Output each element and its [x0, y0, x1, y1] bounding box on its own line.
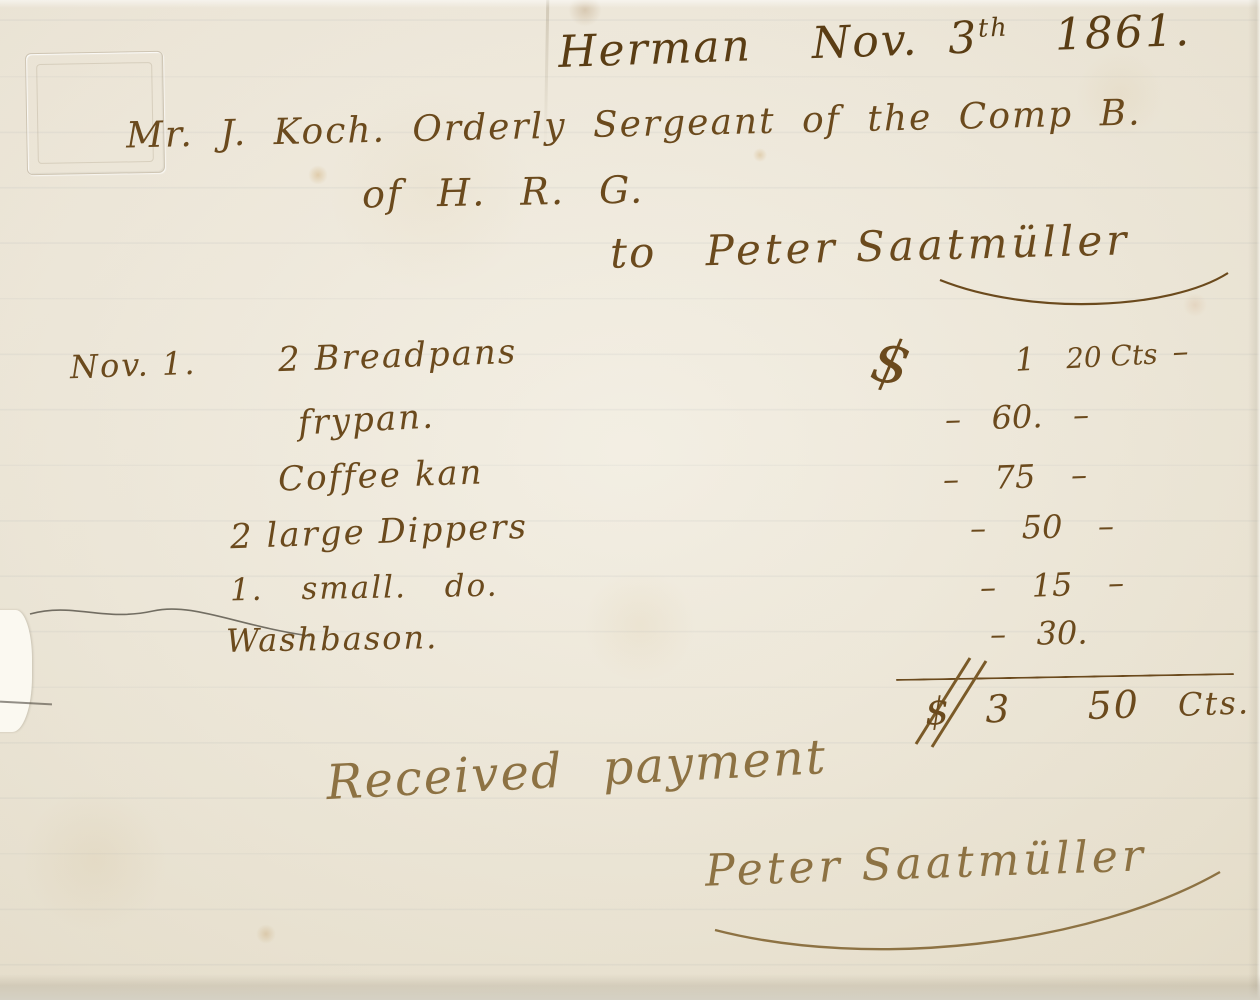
total-currency: $ [924, 689, 952, 734]
price-dash-left [939, 373, 985, 375]
to-word: to [609, 228, 656, 278]
price-dash-right: – [1057, 395, 1104, 435]
embossed-seal [25, 51, 165, 175]
price-dash-left: – [927, 459, 974, 499]
scanned-receipt: Herman Nov. 3th 1861. Mr. J. Koch. Order… [0, 0, 1260, 1000]
price-amount: 15 [1010, 565, 1093, 606]
price-dash-right [1103, 642, 1149, 643]
item-name: Coffee kan [277, 452, 484, 499]
price-dash-right: – [1092, 563, 1139, 603]
item-price-row: – 50 – [955, 506, 1130, 547]
price-cents: 20 Cts [1065, 337, 1158, 375]
price-dash-right: – [1055, 455, 1102, 495]
total-unit: Cts. [1177, 683, 1250, 723]
paper-edge-bottom [0, 974, 1260, 1000]
price-dash-right: – [1083, 506, 1130, 545]
regiment-line: of H. R. G. [362, 168, 645, 217]
item-name: frypan. [297, 396, 436, 443]
header-place: Herman [557, 20, 752, 78]
item-name: 2 Breadpans [277, 332, 517, 380]
entry-date: Nov. 1. [69, 344, 197, 386]
item-price-row: – 15 – [964, 563, 1139, 607]
price-amount: 60. [975, 397, 1058, 438]
price-amount: 30. [1021, 613, 1104, 652]
item-price-row: – 75 – [927, 455, 1102, 499]
total-dollars: 3 [985, 687, 1013, 732]
header-date: Nov. 3 [811, 12, 979, 69]
price-amount: 75 [973, 457, 1056, 498]
signature-flourish [690, 858, 1235, 963]
price-amount: 50 [1001, 507, 1084, 546]
item-name: 1. small. do. [230, 568, 499, 609]
paper-edge-top [0, 0, 1260, 8]
price-dash-left: – [964, 567, 1011, 607]
total-cents: 50 [1087, 682, 1141, 728]
payee-underline-flourish [935, 268, 1235, 318]
paper-edge-right [1248, 0, 1260, 1000]
item-price-row: – 30. [975, 612, 1150, 653]
header-year: 1861. [1054, 5, 1192, 61]
price-dash-left: – [975, 615, 1022, 654]
item-name: Washbason. [226, 618, 439, 660]
price-dash-right: – [1156, 331, 1204, 371]
price-dash-left: – [955, 509, 1002, 548]
price-amount: 1 [983, 338, 1067, 380]
item-price-row: – 60. – [929, 395, 1104, 439]
header-date-ordinal: th [977, 13, 1009, 44]
price-dash-left: – [929, 399, 976, 439]
